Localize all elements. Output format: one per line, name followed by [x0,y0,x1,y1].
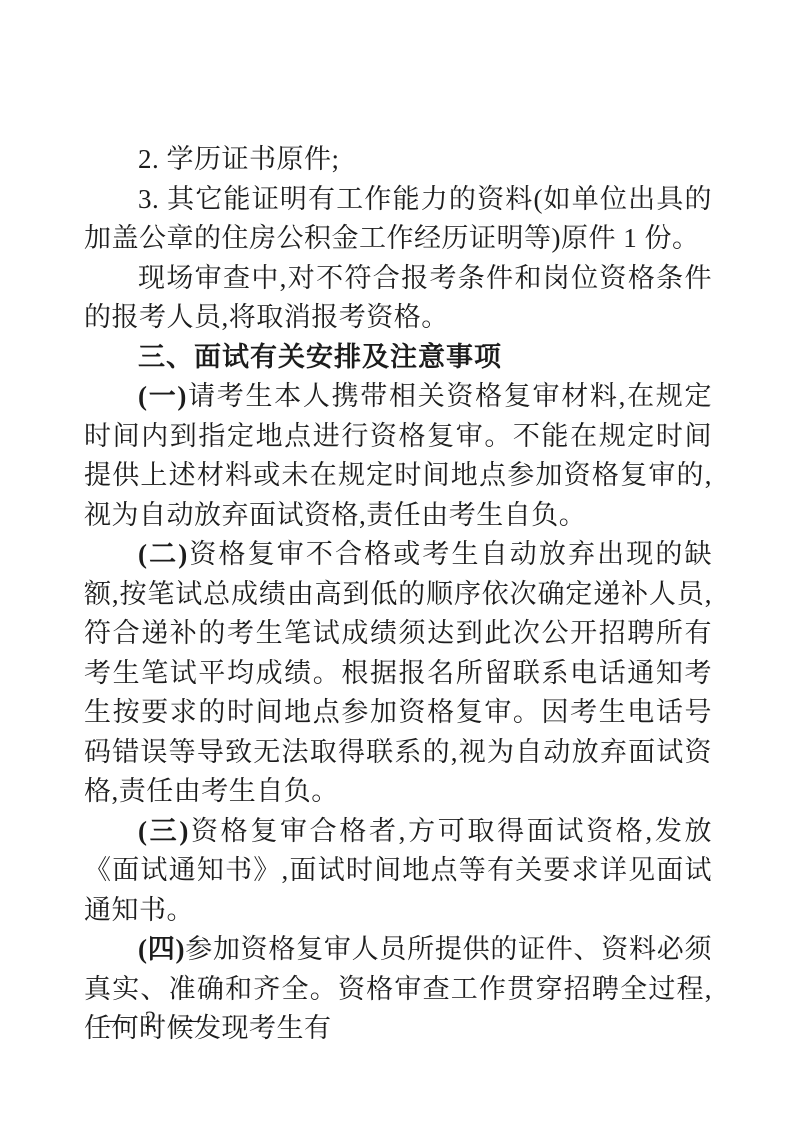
page-number: — 2 — [104,1005,203,1035]
paragraph-list-item-2: 2. 学历证书原件; [84,140,712,180]
paragraph-item-1: (一)请考生本人携带相关资格复审材料,在规定时间内到指定地点进行资格复审。不能在… [84,377,712,535]
paragraph-text: 2. 学历证书原件; [138,144,340,174]
paragraph-onsite-review: 现场审查中,对不符合报考条件和岗位资格条件的报考人员,将取消报考资格。 [84,259,712,338]
paragraph-text: 资格复审不合格或考生自动放弃出现的缺额,按笔试总成绩由高到低的顺序依次确定递补人… [84,539,712,806]
section-heading: 三、面试有关安排及注意事项 [84,338,712,378]
paragraph-text: 3. 其它能证明有工作能力的资料(如单位出具的加盖公章的住房公积金工作经历证明等… [84,184,712,254]
document-body: 2. 学历证书原件; 3. 其它能证明有工作能力的资料(如单位出具的加盖公章的住… [84,140,712,1049]
paragraph-item-3: (三)资格复审合格者,方可取得面试资格,发放《面试通知书》,面试时间地点等有关要… [84,812,712,931]
paragraph-text: 现场审查中,对不符合报考条件和岗位资格条件的报考人员,将取消报考资格。 [84,263,712,333]
paragraph-lead: (四) [138,934,185,964]
document-page: 2. 学历证书原件; 3. 其它能证明有工作能力的资料(如单位出具的加盖公章的住… [0,0,793,1122]
paragraph-lead: (三) [138,816,189,846]
paragraph-lead: (一) [138,381,187,411]
paragraph-item-2: (二)资格复审不合格或考生自动放弃出现的缺额,按笔试总成绩由高到低的顺序依次确定… [84,535,712,812]
paragraph-list-item-3: 3. 其它能证明有工作能力的资料(如单位出具的加盖公章的住房公积金工作经历证明等… [84,180,712,259]
paragraph-lead: (二) [138,539,188,569]
